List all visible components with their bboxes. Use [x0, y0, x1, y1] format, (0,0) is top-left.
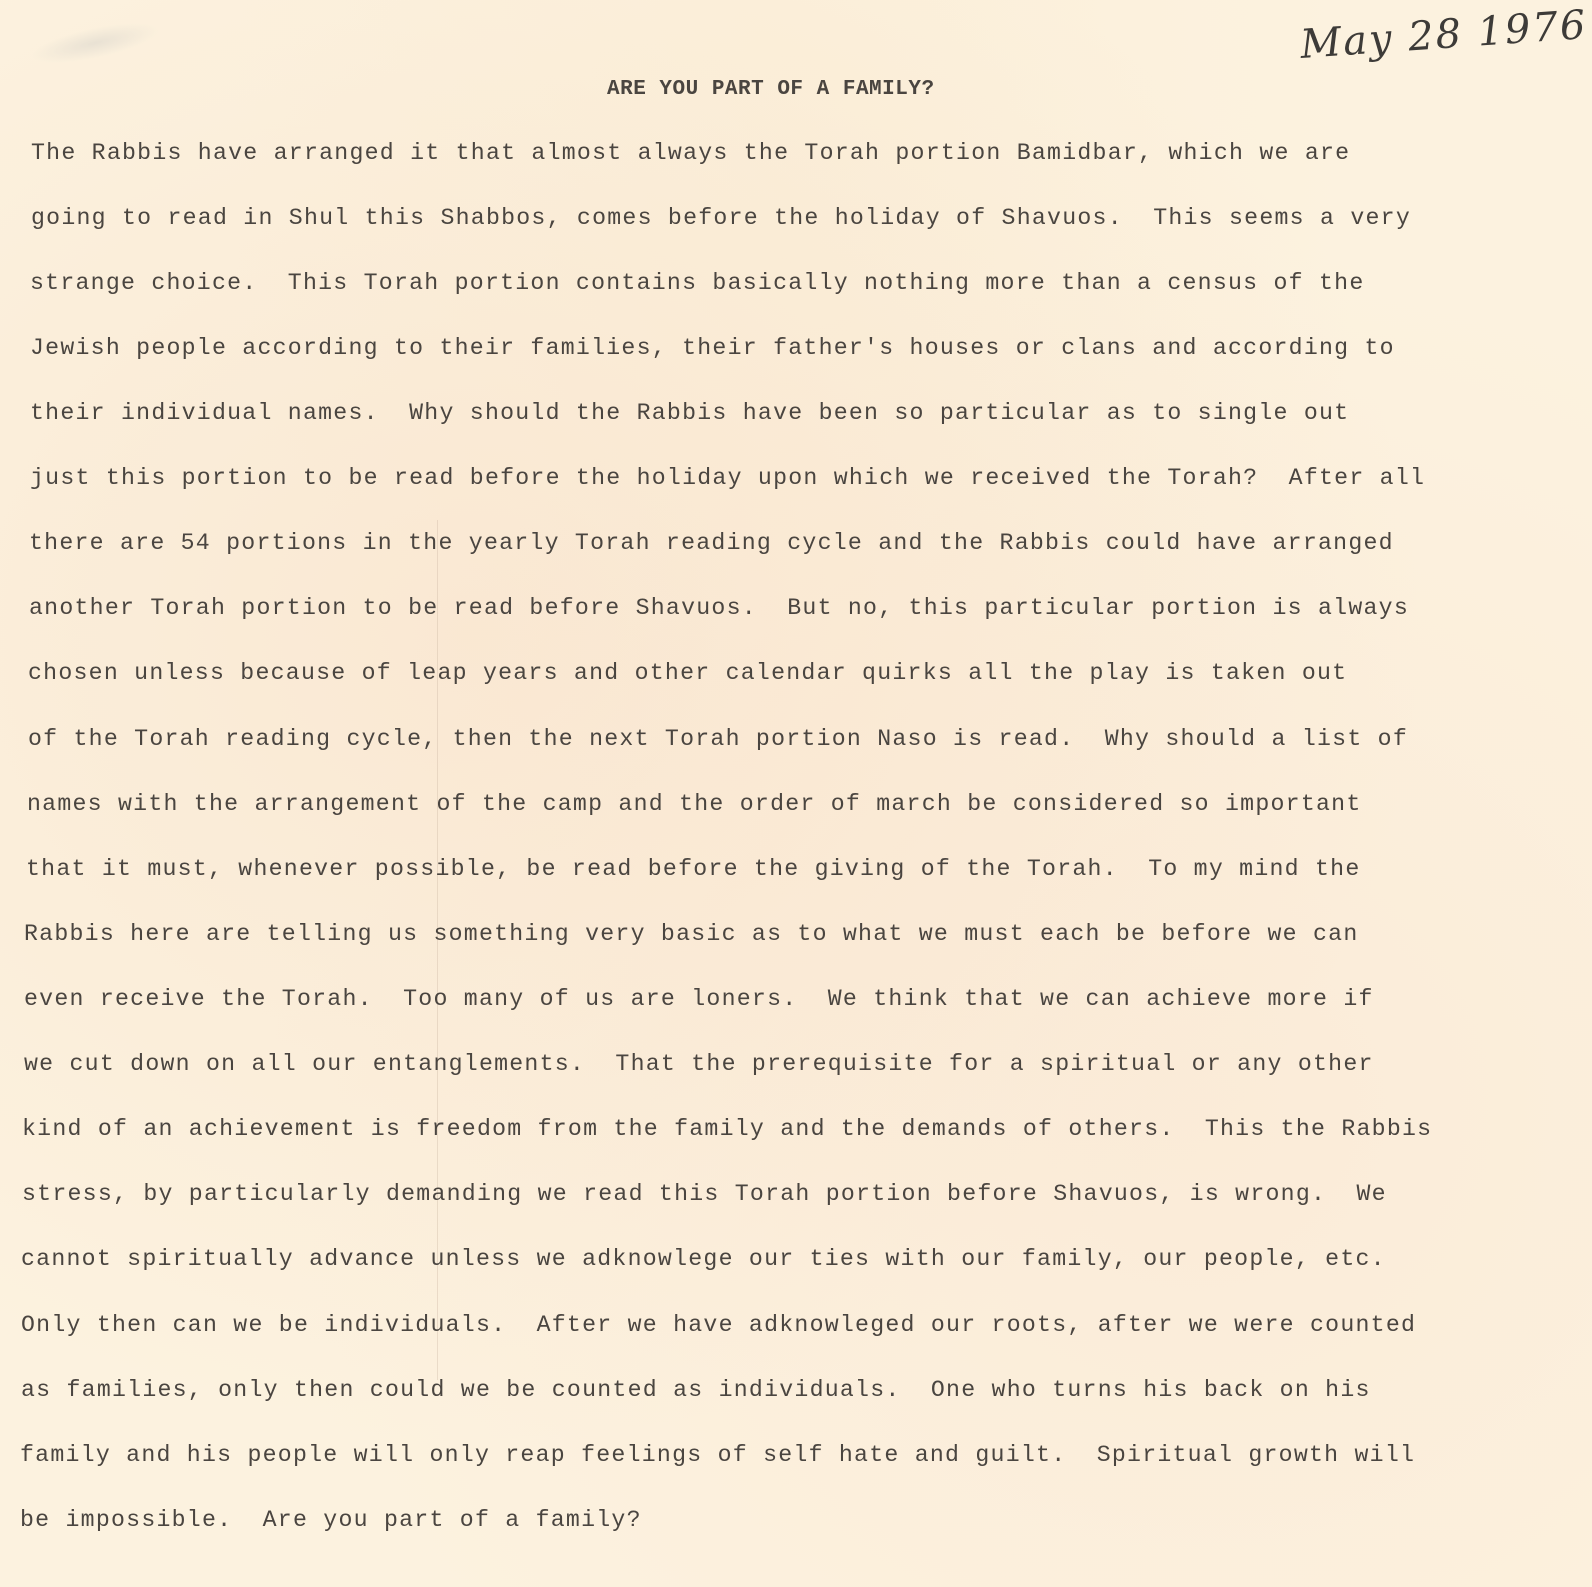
- body-line: family and his people will only reap fee…: [20, 1444, 1415, 1467]
- body-line: be impossible. Are you part of a family?: [20, 1509, 642, 1532]
- body-line: we cut down on all our entanglements. Th…: [24, 1053, 1374, 1076]
- body-line: as families, only then could we be count…: [21, 1379, 1371, 1402]
- body-line: another Torah portion to be read before …: [29, 597, 1409, 620]
- body-line: Rabbis here are telling us something ver…: [24, 923, 1359, 946]
- body-line: stress, by particularly demanding we rea…: [22, 1183, 1387, 1206]
- body-line: strange choice. This Torah portion conta…: [30, 272, 1365, 295]
- body-line: cannot spiritually advance unless we adk…: [21, 1248, 1386, 1271]
- body-line: of the Torah reading cycle, then the nex…: [28, 728, 1408, 751]
- body-line: Only then can we be individuals. After w…: [21, 1314, 1416, 1337]
- body-line: The Rabbis have arranged it that almost …: [31, 142, 1350, 165]
- body-line: there are 54 portions in the yearly Tora…: [29, 532, 1394, 555]
- paper-smudge: [28, 15, 161, 71]
- body-line: just this portion to be read before the …: [30, 467, 1425, 490]
- body-line: going to read in Shul this Shabbos, come…: [31, 207, 1411, 230]
- body-line: even receive the Torah. Too many of us a…: [24, 988, 1374, 1011]
- body-line: names with the arrangement of the camp a…: [27, 793, 1362, 816]
- handwritten-date: May 28 1976: [1299, 2, 1589, 68]
- paper-page: May 28 1976 ARE YOU PART OF A FAMILY? Th…: [0, 0, 1592, 1587]
- body-line: chosen unless because of leap years and …: [28, 662, 1347, 685]
- body-line: that it must, whenever possible, be read…: [26, 858, 1361, 881]
- body-line: kind of an achievement is freedom from t…: [22, 1118, 1432, 1141]
- body-line: their individual names. Why should the R…: [30, 402, 1349, 425]
- body-line: Jewish people according to their familie…: [30, 337, 1395, 360]
- document-title: ARE YOU PART OF A FAMILY?: [607, 78, 935, 101]
